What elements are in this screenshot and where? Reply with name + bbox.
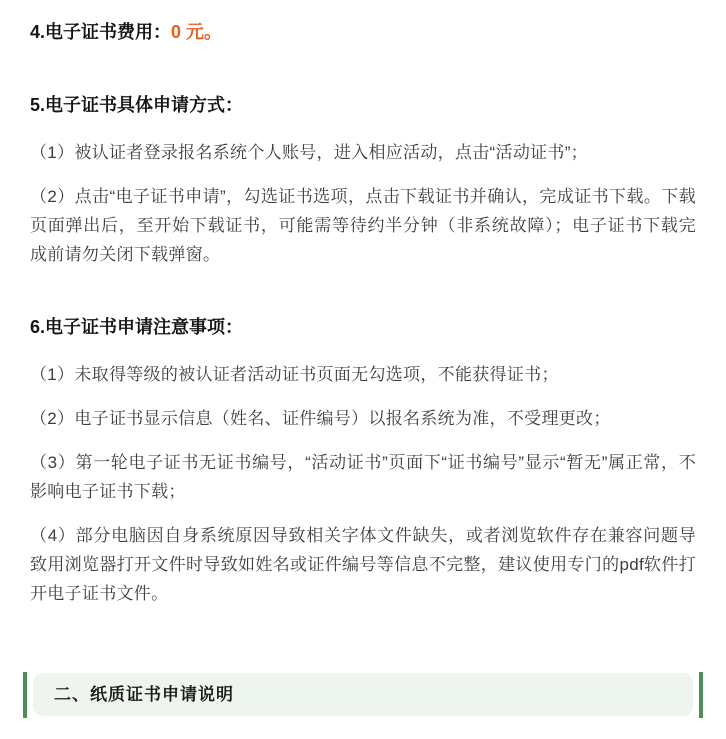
section5-heading: 5.电子证书具体申请方式：	[30, 91, 696, 120]
banner-box: 二、纸质证书申请说明	[33, 673, 693, 716]
section5-item-1: （1）被认证者登录报名系统个人账号，进入相应活动，点击“活动证书”；	[30, 138, 696, 167]
article-page: 4.电子证书费用：0 元。 5.电子证书具体申请方式： （1）被认证者登录报名系…	[0, 0, 726, 739]
banner-right-accent-bar	[699, 672, 703, 718]
fee-label: 4.电子证书费用：	[30, 22, 171, 42]
fee-value: 0 元。	[171, 22, 222, 42]
banner-left-accent-bar	[23, 672, 27, 718]
section6-heading: 6.电子证书申请注意事项：	[30, 313, 696, 342]
section6-item-2: （2）电子证书显示信息（姓名、证件编号）以报名系统为准，不受理更改；	[30, 404, 696, 433]
section-banner: 二、纸质证书申请说明	[23, 672, 703, 718]
section6-item-1: （1）未取得等级的被认证者活动证书页面无勾选项，不能获得证书；	[30, 360, 696, 389]
section5-item-2: （2）点击“电子证书申请”，勾选证书选项，点击下载证书并确认，完成证书下载。下载…	[30, 182, 696, 269]
banner-title: 二、纸质证书申请说明	[54, 680, 234, 709]
section6-item-4: （4）部分电脑因自身系统原因导致相关字体文件缺失，或者浏览软件存在兼容问题导致用…	[30, 521, 696, 608]
section6-item-3: （3）第一轮电子证书无证书编号，“活动证书”页面下“证书编号”显示“暂无”属正常…	[30, 448, 696, 506]
fee-heading: 4.电子证书费用：0 元。	[30, 18, 696, 47]
